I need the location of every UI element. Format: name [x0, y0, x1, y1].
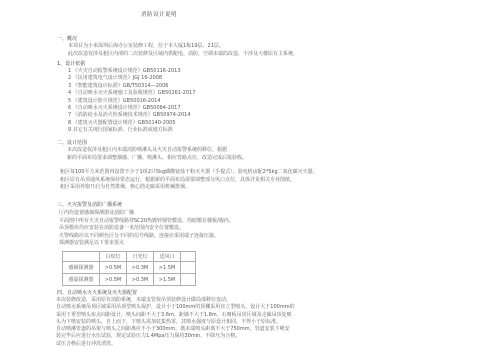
list-item: 2 《民用建筑电气设计规范》JGJ 16-2008: [68, 75, 196, 82]
doc-line: 租区每100平方米范围内设置不少于1组2只5kg磷酸铵盐干粉灭火器（手提式），弱…: [60, 169, 318, 177]
section-scope-paragraph-2: 租区每100平方米范围内设置不少于1组2只5kg磷酸铵盐干粉灭火器（手提式），弱…: [60, 169, 318, 192]
table-cell: [181, 274, 196, 286]
section-sprinkler-body: 本次装修改造，采用原有消防系统，末端支管按吊顶装修设计做局部移位变动。 自动喷水…: [56, 297, 295, 348]
detector-clearance-table: 白炽灯 日光灯 送风口 感烟探测器 >0.5M >0.3M >1.5M 感温探测…: [62, 251, 196, 286]
table-header-cell: [181, 252, 196, 262]
doc-line: 装完毕后应进行水压试验，规定试验压力1.4Mpa压力保持30min，不降压为合格…: [56, 333, 295, 340]
doc-line: 本项目为小米深圳后海办公室装修工程，位于本大厦1栋19层、21层。: [68, 43, 298, 51]
doc-line: 租区原有吊顶通风系统保持常态运行，根据新的平面布局需要调整部分风口点位，具体详见…: [60, 177, 318, 185]
section-heading-alarm: 三、火灾报警及消防广播系统: [57, 202, 122, 210]
list-item: 5 《建筑设计防火规范》GB50016-2014: [68, 98, 196, 105]
table-cell: >0.3M: [127, 262, 154, 274]
doc-line: 火警线路应以不同颜色区分不同的信号线路，连接应采用端子连接压接。: [59, 233, 234, 241]
table-cell: [181, 262, 196, 274]
table-row: 感烟探测器 >0.5M >0.3M >1.5M: [63, 262, 196, 274]
table-header-cell: 日光灯: [127, 252, 154, 262]
doc-line: 采用下垂型喷头布点间距设计，喷头间距不大于3.6m，距墙不大于1.8m。石膏板吊…: [56, 312, 295, 319]
doc-line: 自动喷水系统吊顶区域采用吊顶型喷头保护，设计小于100mm的顶棚采用直立型喷头，…: [56, 304, 295, 311]
doc-line: 吊顶模块均应安装在消防设备一米范围内安全位置敷设。: [59, 225, 234, 233]
doc-line: 租区采用外窗开启为自然排烟，核心筒走廊采用机械排烟。: [60, 184, 318, 192]
table-row: 感温探测器 >0.5M >0.3M >1.5M: [63, 274, 196, 286]
section-alarm-body: 厅内均设置感烟探测器及消防广播 平面图中所有火灾自动报警线路穿SC20热镀锌钢管…: [59, 210, 234, 248]
section-basis-list: 1 《火灾自动报警系统设计规范》GB50116-2013 2 《民用建筑电气设计…: [68, 68, 196, 135]
doc-line: 厅内均设置感烟探测器及消防广播: [59, 210, 234, 218]
table-cell: >0.5M: [100, 274, 127, 286]
section-scope-paragraph-1: 本次改造仅涉及租区内末端消防喷淋头及火灾自动报警系统的移位，根据 新的平面布局要…: [67, 147, 247, 162]
table-header-cell: 白炽灯: [100, 252, 127, 262]
table-cell: >0.5M: [100, 262, 127, 274]
doc-line: 探测器安装满足以下要求要点: [59, 240, 234, 248]
document-page: 消防设计说明 一、概况 本项目为小米深圳后海办公室装修工程，位于本大厦1栋19层…: [0, 0, 480, 360]
doc-line: 本次改造仅涉及租区内末端消防喷淋头及火灾自动报警系统的移位，根据: [67, 147, 247, 155]
doc-line: 试压合格后进行冲洗清洗。: [56, 341, 295, 348]
table-cell: >0.3M: [127, 274, 154, 286]
table-corner-cell: [63, 252, 100, 262]
list-item: 4 《自动喷水灭火系统施工及验收规范》GB50261-2017: [68, 90, 196, 97]
section-overview-body: 本项目为小米深圳后海办公室装修工程，位于本大厦1栋19层、21层。 此次改造仅涉…: [68, 43, 298, 58]
table-cell: >1.5M: [154, 274, 181, 286]
table-row-label: 感温探测器: [63, 274, 100, 286]
table-header-cell: 送风口: [154, 252, 181, 262]
table-row-label: 感烟探测器: [63, 262, 100, 274]
doc-line: 平面图中所有火灾自动报警线路穿SC20热镀锌钢管敷设，均暗敷在楼板/墙内。: [59, 218, 234, 226]
doc-title: 消防设计说明: [141, 12, 177, 20]
list-item: 7 《消防给水及消火栓系统技术规范》GB50974-2014: [68, 112, 196, 119]
table-cell: >1.5M: [154, 262, 181, 274]
table-header-row: 白炽灯 日光灯 送风口: [63, 252, 196, 262]
doc-line: 此次改造仅涉及租区内部的二次装修及区域内供配电、消防、空调末端的改造，不涉及大楼…: [68, 51, 298, 59]
doc-line: 新的平面布局要求调整烟感、广播、喷淋头、相应管路点位，改造完成后报验收。: [67, 155, 247, 163]
list-item: 9 其它有关现行国家标准、行业标准或地方标准: [68, 127, 196, 134]
